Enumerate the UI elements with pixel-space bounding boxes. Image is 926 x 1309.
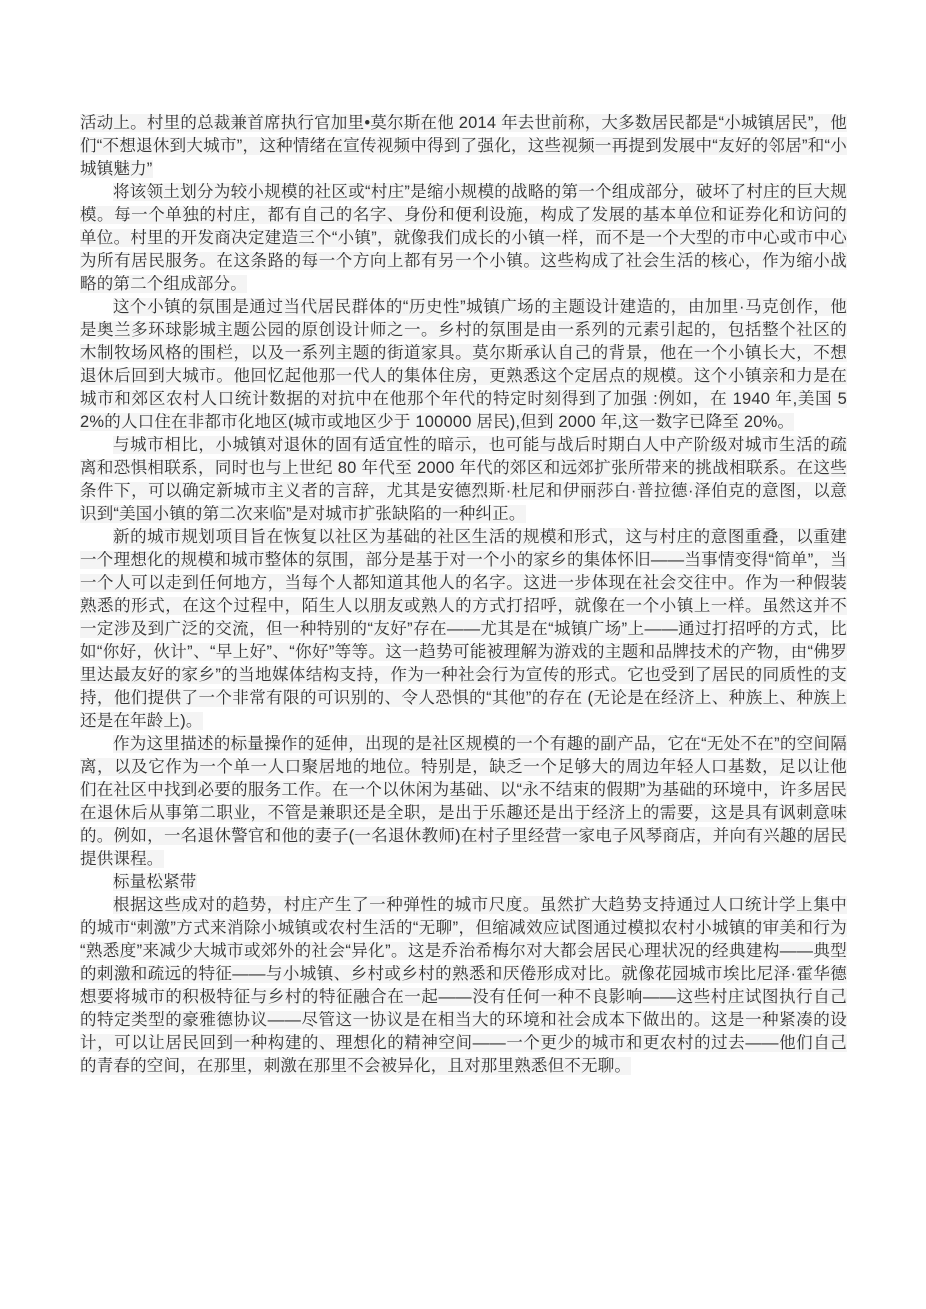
paragraph-text: 与城市相比，小城镇对退休的固有适宜性的暗示，也可能与战后时期白人中产阶级对城市生… xyxy=(80,436,847,523)
paragraph: 活动上。村里的总裁兼首席执行官加里•莫尔斯在他 2014 年去世前称，大多数居民… xyxy=(80,112,847,181)
section-heading: 标量松紧带 xyxy=(80,871,847,894)
paragraph: 将该领土划分为较小规模的社区或“村庄”是缩小规模的战略的第一个组成部分，破坏了村… xyxy=(80,181,847,296)
document-page: 活动上。村里的总裁兼首席执行官加里•莫尔斯在他 2014 年去世前称，大多数居民… xyxy=(0,0,926,1309)
section-heading-text: 标量松紧带 xyxy=(113,873,197,891)
paragraph: 作为这里描述的标量操作的延伸，出现的是社区规模的一个有趣的副产品，它在“无处不在… xyxy=(80,733,847,871)
paragraph: 新的城市规划项目旨在恢复以社区为基础的社区生活的规模和形式，这与村庄的意图重叠，… xyxy=(80,526,847,733)
paragraph-text: 活动上。村里的总裁兼首席执行官加里•莫尔斯在他 2014 年去世前称，大多数居民… xyxy=(80,114,847,178)
paragraph: 与城市相比，小城镇对退休的固有适宜性的暗示，也可能与战后时期白人中产阶级对城市生… xyxy=(80,434,847,526)
paragraph-text: 这个小镇的氛围是通过当代居民群体的“历史性”城镇广场的主题设计建造的，由加里·马… xyxy=(80,298,847,431)
paragraph: 根据这些成对的趋势，村庄产生了一种弹性的城市尺度。虽然扩大趋势支持通过人口统计学… xyxy=(80,894,847,1078)
paragraph: 这个小镇的氛围是通过当代居民群体的“历史性”城镇广场的主题设计建造的，由加里·马… xyxy=(80,296,847,434)
paragraph-text: 将该领土划分为较小规模的社区或“村庄”是缩小规模的战略的第一个组成部分，破坏了村… xyxy=(80,183,847,293)
paragraph-text: 根据这些成对的趋势，村庄产生了一种弹性的城市尺度。虽然扩大趋势支持通过人口统计学… xyxy=(80,896,847,1075)
paragraph-text: 新的城市规划项目旨在恢复以社区为基础的社区生活的规模和形式，这与村庄的意图重叠，… xyxy=(80,528,847,730)
document-body: 活动上。村里的总裁兼首席执行官加里•莫尔斯在他 2014 年去世前称，大多数居民… xyxy=(80,112,847,1078)
paragraph-text: 作为这里描述的标量操作的延伸，出现的是社区规模的一个有趣的副产品，它在“无处不在… xyxy=(80,735,847,868)
